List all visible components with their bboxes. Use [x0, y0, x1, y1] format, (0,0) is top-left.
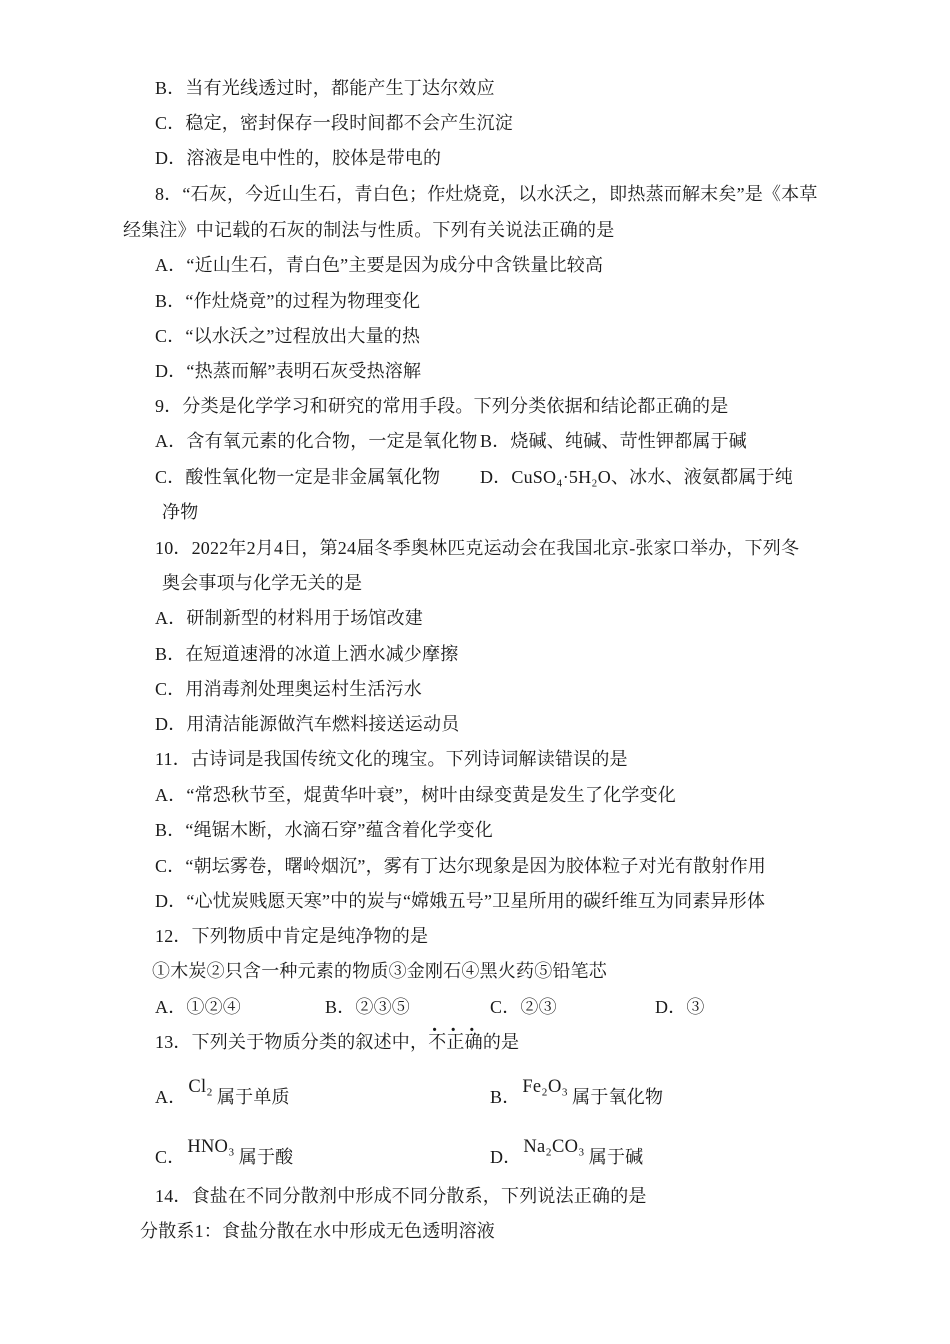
q12-option-b: B．②③⑤: [325, 997, 410, 1019]
q9-option-d: D．CuSO₄·5H₂O、冰水、液氨都属于纯: [480, 467, 793, 489]
q14-stem: 14．食盐在不同分散剂中形成不同分散系，下列说法正确的是: [155, 1186, 647, 1208]
q13-stem-suffix: 的是: [483, 1032, 519, 1052]
q13-option-c-formula: HNO₃: [185, 1136, 238, 1158]
q13-option-a-letter: A．: [155, 1087, 186, 1107]
q13-option-a: A．Cl₂属于单质: [155, 1087, 290, 1109]
q12-option-c: C．②③: [490, 997, 557, 1019]
q13-option-c-letter: C．: [155, 1147, 185, 1167]
q7-option-d: D．溶液是电中性的，胶体是带电的: [155, 148, 441, 170]
q10-option-a: A．研制新型的材料用于场馆改建: [155, 608, 423, 630]
q11-stem: 11．古诗词是我国传统文化的瑰宝。下列诗词解读错误的是: [155, 749, 628, 771]
q13-option-b-letter: B．: [490, 1087, 520, 1107]
q11-option-c: C．“朝坛雾卷，曙岭烟沉”，雾有丁达尔现象是因为胶体粒子对光有散射作用: [155, 856, 766, 878]
q7-option-b: B．当有光线透过时，都能产生丁达尔效应: [155, 78, 495, 100]
exam-page: B．当有光线透过时，都能产生丁达尔效应 C．稳定，密封保存一段时间都不会产生沉淀…: [0, 0, 950, 1344]
q9-option-d-wrap: 净物: [162, 502, 198, 524]
q8-stem-line1: 8．“石灰，今近山生石，青白色；作灶烧竟，以水沃之，即热蒸而解末矣”是《本草: [155, 184, 818, 206]
q8-option-b: B．“作灶烧竟”的过程为物理变化: [155, 291, 420, 313]
q12-items-line: ①木炭②只含一种元素的物质③金刚石④黑火药⑤铅笔芯: [152, 961, 607, 983]
q13-option-b: B．Fe₂O₃属于氧化物: [490, 1087, 663, 1109]
q13-stem-prefix: 13．下列关于物质分类的叙述中，: [155, 1032, 428, 1052]
q8-option-d: D．“热蒸而解”表明石灰受热溶解: [155, 361, 421, 383]
q10-stem-line1: 10．2022年2月4日，第24届冬季奥林匹克运动会在我国北京-张家口举办，下列…: [155, 538, 799, 560]
q11-option-b: B．“绳锯木断，水滴石穿”蕴含着化学变化: [155, 820, 493, 842]
q11-option-a: A．“常恐秋节至，焜黄华叶衰”，树叶由绿变黄是发生了化学变化: [155, 785, 676, 807]
q13-stem-emphasized: 不正确: [428, 1032, 483, 1054]
q11-option-d: D．“心忧炭贱愿天寒”中的炭与“嫦娥五号”卫星所用的碳纤维互为同素异形体: [155, 891, 765, 913]
q13-option-d: D．Na₂CO₃属于碱: [490, 1147, 643, 1169]
q8-stem-line2: 经集注》中记载的石灰的制法与性质。下列有关说法正确的是: [123, 220, 614, 242]
q7-option-c: C．稳定，密封保存一段时间都不会产生沉淀: [155, 113, 513, 135]
q13-option-d-letter: D．: [490, 1147, 521, 1167]
q13-option-b-formula: Fe₂O₃: [520, 1076, 572, 1098]
q10-option-c: C．用消毒剂处理奥运村生活污水: [155, 679, 422, 701]
q10-option-b: B．在短道速滑的冰道上洒水减少摩擦: [155, 644, 458, 666]
q9-option-a: A．含有氧元素的化合物，一定是氧化物: [155, 431, 478, 453]
q13-option-c: C．HNO₃属于酸: [155, 1147, 293, 1169]
q13-option-d-formula: Na₂CO₃: [521, 1136, 588, 1158]
q10-option-d: D．用清洁能源做汽车燃料接送运动员: [155, 714, 459, 736]
q9-option-c: C．酸性氧化物一定是非金属氧化物: [155, 467, 440, 489]
q12-stem: 12．下列物质中肯定是纯净物的是: [155, 926, 428, 948]
q9-stem: 9．分类是化学学习和研究的常用手段。下列分类依据和结论都正确的是: [155, 396, 728, 418]
q13-option-b-text: 属于氧化物: [572, 1087, 663, 1107]
q8-option-a: A．“近山生石，青白色”主要是因为成分中含铁量比较高: [155, 255, 603, 277]
q10-stem-line2: 奥会事项与化学无关的是: [162, 573, 362, 595]
q12-option-a: A．①②④: [155, 997, 241, 1019]
q8-option-c: C．“以水沃之”过程放出大量的热: [155, 326, 420, 348]
q13-option-a-formula: Cl₂: [186, 1076, 217, 1098]
q13-option-d-text: 属于碱: [589, 1147, 644, 1167]
q12-option-d: D．③: [655, 997, 705, 1019]
q13-stem: 13．下列关于物质分类的叙述中，不正确的是: [155, 1032, 519, 1054]
q9-option-b: B．烧碱、纯碱、苛性钾都属于碱: [480, 431, 747, 453]
q14-system1-line: 分散系1：食盐分散在水中形成无色透明溶液: [140, 1221, 495, 1243]
q13-option-a-text: 属于单质: [217, 1087, 290, 1107]
q13-option-c-text: 属于酸: [239, 1147, 294, 1167]
